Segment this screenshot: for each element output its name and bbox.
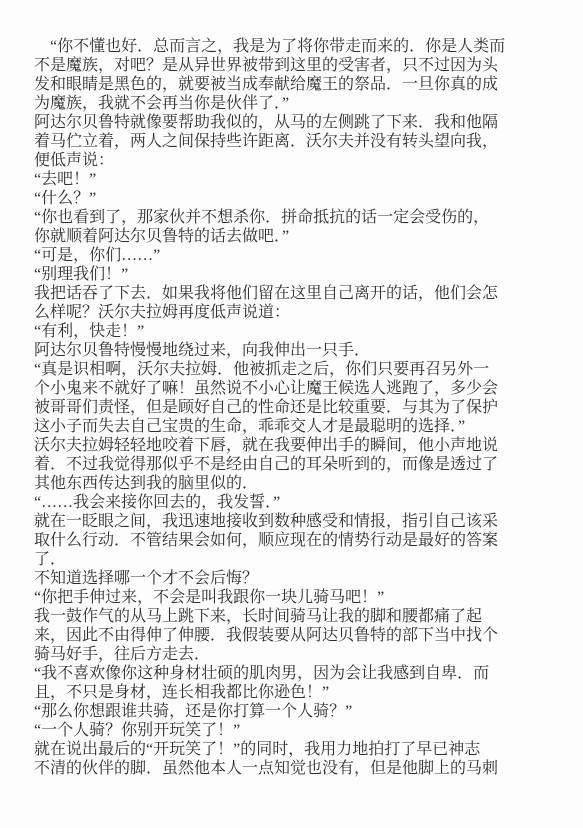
text-line: 阿达尔贝鲁特就像要帮助我似的，从马的左侧跳了下来．我和他隔: [34, 113, 550, 132]
text-line: 么样呢？沃尔夫拉姆再度低声说道：: [34, 303, 550, 322]
text-line: 发和眼睛是黑色的，就要被当成奉献给魔王的祭品．一旦你真的成: [34, 75, 550, 94]
page-text-block: “你不懂也好．总而言之，我是为了将你带走而来的．你是人类而不是魔族，对吧？是从异…: [34, 37, 550, 778]
text-line: 不清的伙伴的脚．虽然他本人一点知觉也没有，但是他脚上的马刺: [34, 759, 550, 778]
text-line: 取什么行动．不管结果会如何，顺应现在的情势行动是最好的答案: [34, 531, 550, 550]
text-line: “去吧！”: [34, 170, 550, 189]
text-line: 就在说出最后的“开玩笑了！”的同时，我用力地拍打了早已神志: [34, 740, 550, 759]
text-line: 就在一眨眼之间，我迅速地接收到数种感受和情报，指引自己该采: [34, 512, 550, 531]
text-line: 着马伫立着，两人之间保持些许距离．沃尔夫并没有转头望向我，: [34, 132, 550, 151]
text-line: 且，不只是身材，连长相我都比你逊色！”: [34, 683, 550, 702]
text-line: 骑马好手，往后方走去．: [34, 645, 550, 664]
text-line: “什么？”: [34, 189, 550, 208]
text-line: 不知道选择哪一个才不会后悔？: [34, 569, 550, 588]
text-line: “你也看到了，那家伙并不想杀你．拼命抵抗的话一定会受伤的，: [34, 208, 550, 227]
text-line: “一个人骑？你别开玩笑了！”: [34, 721, 550, 740]
text-line: 不是魔族，对吧？是从异世界被带到这里的受害者，只不过因为头: [34, 56, 550, 75]
text-line: “你不懂也好．总而言之，我是为了将你带走而来的．你是人类而: [34, 37, 550, 56]
text-line: 来，因此不由得伸了伸腰．我假装要从阿达贝鲁特的部下当中找个: [34, 626, 550, 645]
text-line: 了．: [34, 550, 550, 569]
text-line: 阿达尔贝鲁特慢慢地绕过来，向我伸出一只手．: [34, 341, 550, 360]
text-line: “真是识相啊，沃尔夫拉姆．他被抓走之后，你们只要再召另外一: [34, 360, 550, 379]
novel-page: “你不懂也好．总而言之，我是为了将你带走而来的．你是人类而不是魔族，对吧？是从异…: [0, 0, 583, 828]
text-line: 这小子而失去自己宝贵的生命，乖乖交人才是最聪明的选择．”: [34, 417, 550, 436]
text-line: 便低声说：: [34, 151, 550, 170]
text-line: “有利，快走！”: [34, 322, 550, 341]
text-line: 个小鬼来不就好了嘛！虽然说不小心让魔王候选人逃跑了，多少会: [34, 379, 550, 398]
text-line: “那么你想跟谁共骑，还是你打算一个人骑？”: [34, 702, 550, 721]
text-line: 你就顺着阿达尔贝鲁特的话去做吧．”: [34, 227, 550, 246]
text-line: 沃尔夫拉姆轻轻地咬着下唇，就在我要伸出手的瞬间，他小声地说: [34, 436, 550, 455]
text-line: 为魔族，我就不会再当你是伙伴了．”: [34, 94, 550, 113]
text-line: 着．不过我觉得那似乎不是经由自己的耳朵听到的，而像是透过了: [34, 455, 550, 474]
text-line: “你把手伸过来，不会是叫我跟你一块儿骑马吧！”: [34, 588, 550, 607]
text-line: “……我会来接你回去的，我发誓．”: [34, 493, 550, 512]
text-line: 我把话吞了下去．如果我将他们留在这里自己离开的话，他们会怎: [34, 284, 550, 303]
text-line: “我不喜欢像你这种身材壮硕的肌肉男，因为会让我感到自卑．而: [34, 664, 550, 683]
text-line: 我一鼓作气的从马上跳下来，长时间骑马让我的脚和腰都痛了起: [34, 607, 550, 626]
text-line: 被哥哥们责怪，但是顾好自己的性命还是比较重要．与其为了保护: [34, 398, 550, 417]
text-line: “别理我们！”: [34, 265, 550, 284]
text-line: 其他东西传达到我的脑里似的．: [34, 474, 550, 493]
text-line: “可是，你们……”: [34, 246, 550, 265]
